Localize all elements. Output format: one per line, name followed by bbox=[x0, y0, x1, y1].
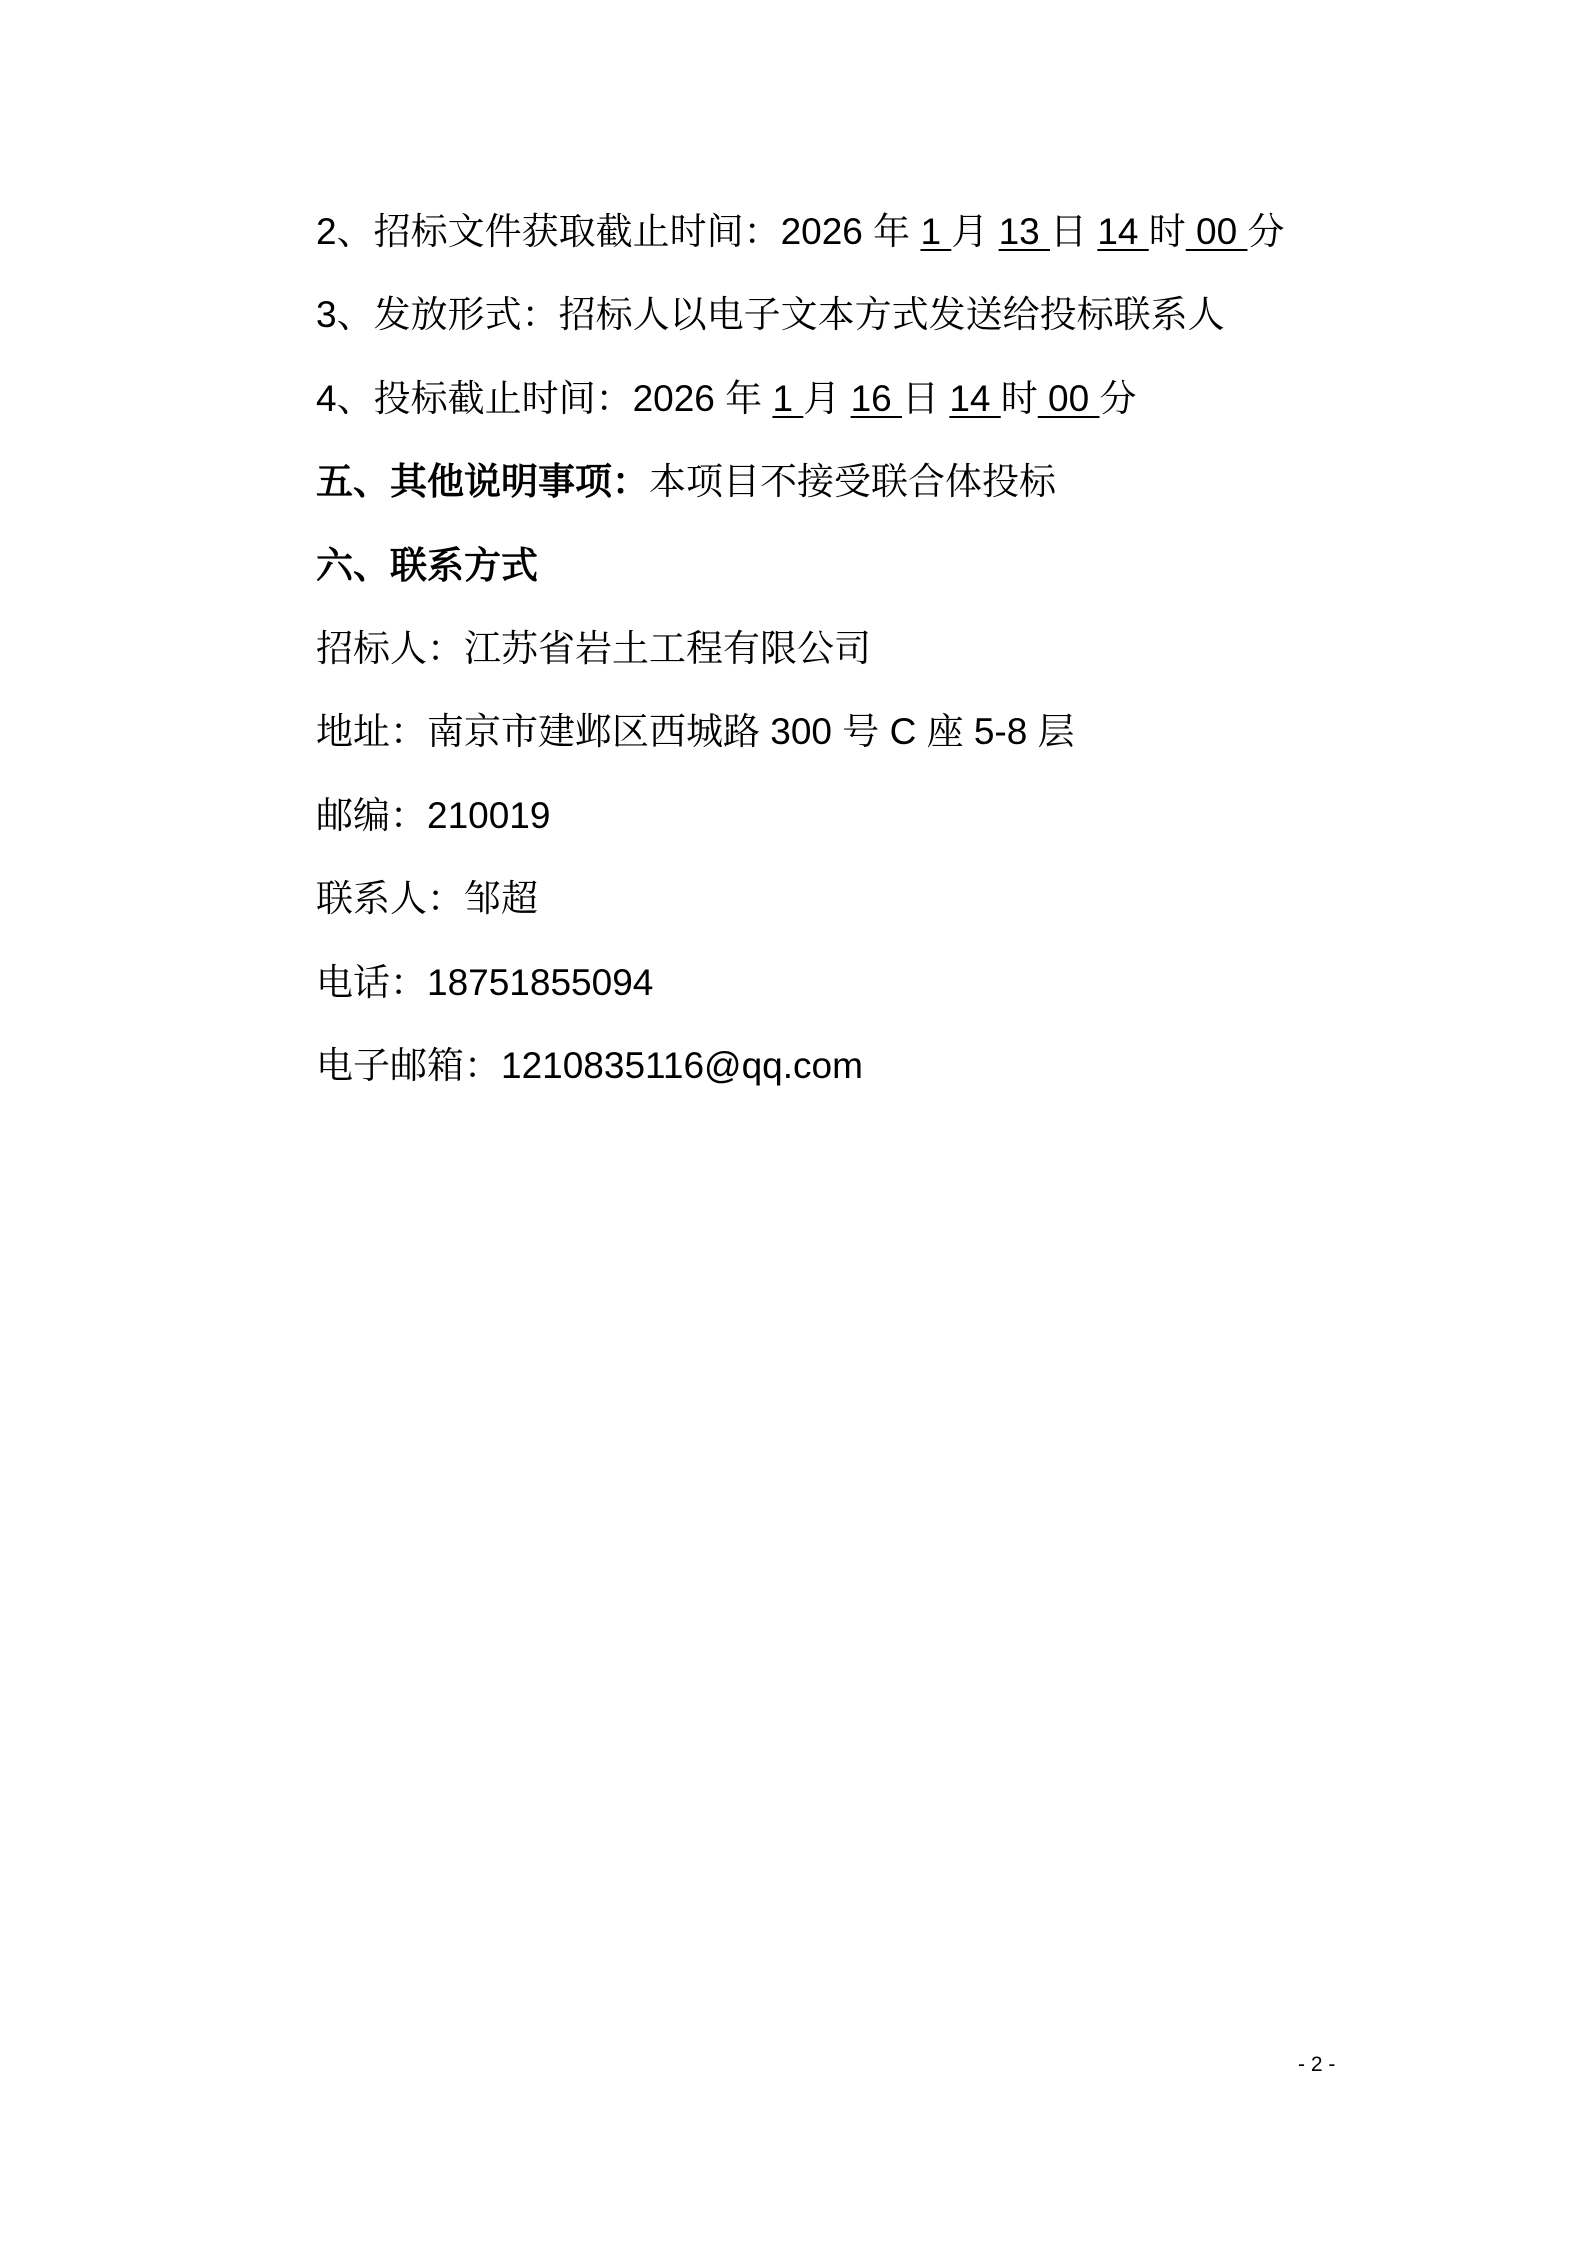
acquisition-deadline-day: 13 bbox=[999, 211, 1050, 252]
phone-line: 电话：18751855094 bbox=[316, 941, 1356, 1024]
other-notes-heading: 五、其他说明事项： bbox=[316, 461, 649, 502]
tenderer-line: 招标人：江苏省岩土工程有限公司 bbox=[316, 607, 1356, 690]
postcode-label: 邮编： bbox=[316, 795, 427, 836]
minute-unit: 分 bbox=[1099, 378, 1136, 419]
acquisition-deadline-hour: 14 bbox=[1097, 211, 1148, 252]
bid-deadline-month: 1 bbox=[772, 378, 803, 419]
distribution-method-label: 3、发放形式： bbox=[316, 294, 559, 335]
hour-unit: 时 bbox=[1149, 211, 1186, 252]
email-label: 电子邮箱： bbox=[316, 1045, 501, 1086]
contact-person-line: 联系人：邹超 bbox=[316, 857, 1356, 940]
phone-label: 电话： bbox=[316, 962, 427, 1003]
bid-deadline-line: 4、投标截止时间：2026 年 1 月 16 日 14 时 00 分 bbox=[316, 357, 1356, 440]
email-value: 1210835116@qq.com bbox=[501, 1045, 863, 1086]
document-body: 2、招标文件获取截止时间：2026 年 1 月 13 日 14 时 00 分 3… bbox=[316, 190, 1356, 1107]
bid-deadline-day: 16 bbox=[851, 378, 902, 419]
email-line: 电子邮箱：1210835116@qq.com bbox=[316, 1024, 1356, 1107]
contact-person-label: 联系人： bbox=[316, 878, 464, 919]
other-notes-line: 五、其他说明事项：本项目不接受联合体投标 bbox=[316, 440, 1356, 523]
contact-person-value: 邹超 bbox=[464, 878, 538, 919]
acquisition-deadline-minute: 00 bbox=[1186, 211, 1248, 252]
bid-deadline-label: 4、投标截止时间： bbox=[316, 378, 633, 419]
tenderer-label: 招标人： bbox=[316, 628, 464, 669]
month-unit: 月 bbox=[803, 378, 850, 419]
address-value: 南京市建邺区西城路 300 号 C 座 5-8 层 bbox=[427, 711, 1075, 752]
year-unit: 年 bbox=[715, 378, 773, 419]
document-page: 2、招标文件获取截止时间：2026 年 1 月 13 日 14 时 00 分 3… bbox=[0, 0, 1587, 2245]
month-unit: 月 bbox=[951, 211, 998, 252]
postcode-value: 210019 bbox=[427, 795, 550, 836]
address-label: 地址： bbox=[316, 711, 427, 752]
contact-heading: 六、联系方式 bbox=[316, 524, 1356, 607]
tenderer-value: 江苏省岩土工程有限公司 bbox=[464, 628, 871, 669]
bid-deadline-minute: 00 bbox=[1038, 378, 1100, 419]
year-unit: 年 bbox=[863, 211, 921, 252]
minute-unit: 分 bbox=[1247, 211, 1284, 252]
distribution-method-line: 3、发放形式：招标人以电子文本方式发送给投标联系人 bbox=[316, 273, 1356, 356]
other-notes-value: 本项目不接受联合体投标 bbox=[649, 461, 1056, 502]
phone-value: 18751855094 bbox=[427, 962, 653, 1003]
distribution-method-value: 招标人以电子文本方式发送给投标联系人 bbox=[559, 294, 1225, 335]
address-line: 地址：南京市建邺区西城路 300 号 C 座 5-8 层 bbox=[316, 690, 1356, 773]
acquisition-deadline-month: 1 bbox=[920, 211, 951, 252]
postcode-line: 邮编：210019 bbox=[316, 774, 1356, 857]
bid-deadline-hour: 14 bbox=[949, 378, 1000, 419]
acquisition-deadline-year: 2026 bbox=[781, 211, 863, 252]
page-number: - 2 - bbox=[1298, 2050, 1335, 2080]
day-unit: 日 bbox=[1050, 211, 1097, 252]
bid-deadline-year: 2026 bbox=[633, 378, 715, 419]
acquisition-deadline-label: 2、招标文件获取截止时间： bbox=[316, 211, 781, 252]
hour-unit: 时 bbox=[1001, 378, 1038, 419]
acquisition-deadline-line: 2、招标文件获取截止时间：2026 年 1 月 13 日 14 时 00 分 bbox=[316, 190, 1356, 273]
day-unit: 日 bbox=[902, 378, 949, 419]
